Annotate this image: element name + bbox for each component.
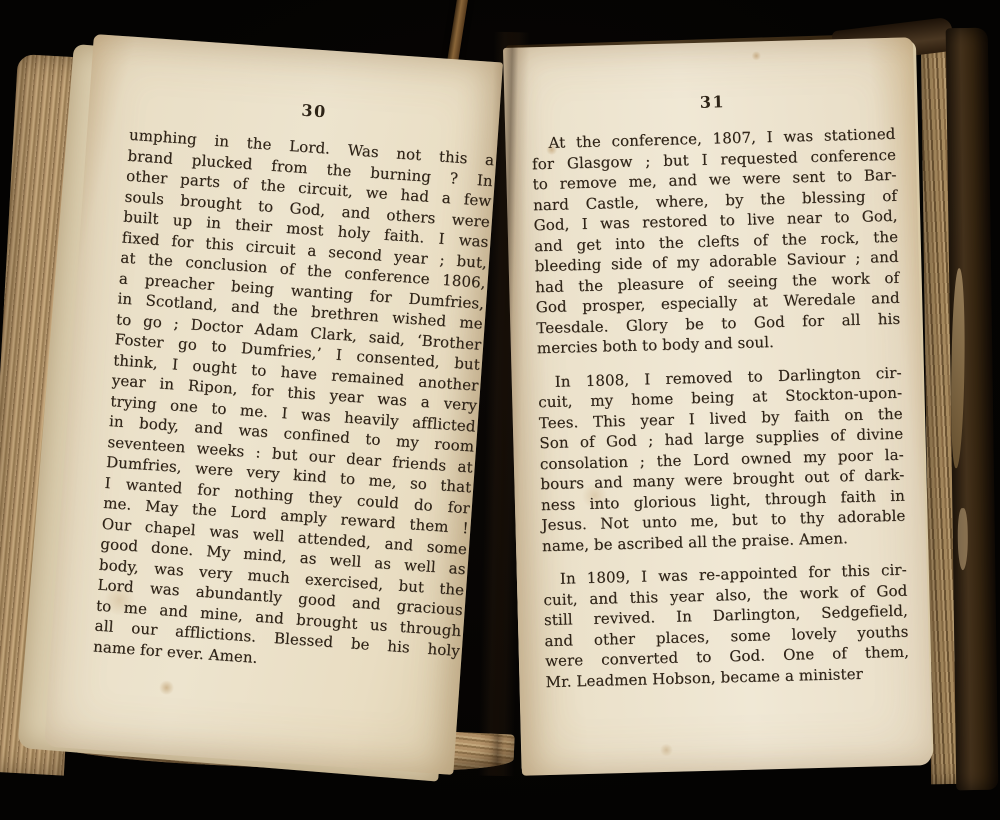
book-page-left: 30 umphing in the Lord. Was not this abr… [44, 34, 503, 775]
paragraph: In 1808, I removed to Darlington cir-cui… [537, 362, 906, 556]
foxing-stain [158, 680, 175, 695]
paragraph: In 1809, I was re-appointed for this cir… [543, 560, 910, 692]
page-number-left: 30 [131, 89, 497, 133]
book-page-right: 31 At the conference, 1807, I was statio… [503, 37, 932, 775]
paragraph: At the conference, 1807, I was stationed… [531, 124, 901, 359]
right-page-text-column: 31 At the conference, 1807, I was statio… [529, 38, 910, 692]
page-number-right: 31 [530, 88, 894, 117]
paragraph: umphing in the Lord. Was not this abrand… [93, 125, 495, 682]
cover-wear-mark [957, 508, 968, 570]
foxing-stain [659, 744, 673, 756]
left-page-text-column: 30 umphing in the Lord. Was not this abr… [93, 37, 501, 682]
cover-wear-mark [949, 268, 966, 468]
photo-background: 30 umphing in the Lord. Was not this abr… [0, 0, 1000, 820]
